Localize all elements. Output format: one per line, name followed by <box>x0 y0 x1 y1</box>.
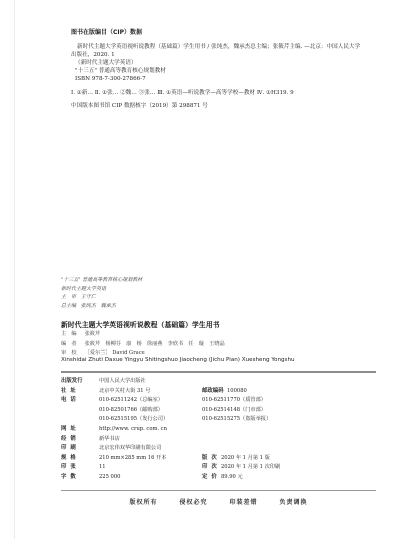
website-value[interactable]: http://www. crup. com. cn <box>99 425 167 435</box>
book-title-pinyin: Xinshidai Zhuti Daxue Yingyu Shitingshuo… <box>61 357 295 363</box>
phone-right-2: 010-62514148（门市部） <box>202 406 266 416</box>
proofreader-name: ［爱尔兰］ David Grace <box>85 350 145 356</box>
series-line-2: 新时代主题大学英语 <box>61 285 381 294</box>
words-label: 字数 <box>61 473 80 483</box>
book-title: 新时代主题大学英语视听说教程（基础篇）学生用书 <box>61 319 220 329</box>
address-row: 社址 北京中关村大街 31 号 邮政编码 100080 <box>61 387 381 397</box>
cip-line-2: 出版社，2020. 1 <box>71 51 386 59</box>
phone-left-2: 010-82501766（邮购部） <box>99 406 163 416</box>
price-label: 定价 <box>202 473 221 483</box>
publication-info: 出版发行 中国人民大学出版社 社址 北京中关村大街 31 号 邮政编码 1000… <box>61 377 381 483</box>
cip-isbn: ISBN 978-7-300-27866-7 <box>71 75 386 83</box>
website-row: 网址 http://www. crup. com. cn <box>61 425 381 435</box>
distributor-label: 经销 <box>61 435 80 445</box>
editor-row: 主 编 张筱芹 <box>61 330 225 340</box>
authors-names: 张筱芹 杨柳芬 康 杨 徐丽燕 李欣书 任 璇 王晓晶 <box>85 341 225 347</box>
format-label: 规格 <box>61 454 80 464</box>
series-info: "十三五" 普通高等教育核心规划教材 新时代主题大学英语 主 审 王守仁 总主编… <box>61 276 381 310</box>
cip-data-block: 图书在版编目（CIP）数据 新时代主题大学英语视听说教程（基础篇）学生用书 / … <box>71 29 386 110</box>
publisher-label: 出版发行 <box>61 377 83 387</box>
notice-1: 版权所有 <box>129 497 157 506</box>
copyright-notice: 版权所有 侵权必究 印装差错 负责调换 <box>61 497 376 506</box>
chief-editors-names: 张纯杰 魏承杰 <box>81 303 116 309</box>
phone-right-3: 010-62515275（盗版举报） <box>202 415 271 425</box>
distributor-row: 经销 新华书店 <box>61 435 381 445</box>
editor-label: 主 编 <box>61 330 83 340</box>
price-value: 89.90 元 <box>221 473 243 483</box>
series-reviewer: 主 审 王守仁 <box>61 293 381 302</box>
publisher-row: 出版发行 中国人民大学出版社 <box>61 377 381 387</box>
phone-left-1: 010-62511242（总编室） <box>99 396 163 406</box>
cip-line-3: （新时代主题大学英语） <box>71 59 386 67</box>
page-edge-line <box>14 0 15 539</box>
notice-4: 负责调换 <box>280 497 308 506</box>
divider-top <box>61 371 376 373</box>
phone-right-1: 010-62511770（质管部） <box>202 396 266 406</box>
postcode-label: 邮政编码 <box>202 387 224 397</box>
cip-line-1: 新时代主题大学英语视听说教程（基础篇）学生用书 / 张纯杰，魏承杰总主编；张筱芹… <box>71 43 386 51</box>
edition-label: 版次 <box>202 454 221 464</box>
printer-label: 印刷 <box>61 444 80 454</box>
divider-bottom <box>61 490 376 491</box>
cip-line-4: "十三五" 普通高等教育核心规划教材 <box>71 67 386 75</box>
chief-editors-label: 总主编 <box>61 303 76 309</box>
printing-value: 2020 年 1 月第 1 次印刷 <box>221 463 280 473</box>
printer-row: 印刷 北京宏伟双华印刷有限公司 <box>61 444 381 454</box>
words-row: 字数 225 000 定价 89.90 元 <box>61 473 381 483</box>
phone-row-1: 电话 010-62511242（总编室） 010-62511770（质管部） <box>61 396 381 406</box>
phone-label: 电话 <box>61 396 80 406</box>
words-value: 225 000 <box>99 473 120 483</box>
sheets-value: 11 <box>99 463 106 473</box>
phone-row-3: 010-62515195（发行公司） 010-62515275（盗版举报） <box>61 415 381 425</box>
book-credits: 主 编 张筱芹 编 者 张筱芹 杨柳芬 康 杨 徐丽燕 李欣书 任 璇 王晓晶 … <box>61 330 225 359</box>
reviewer-name: 王守仁 <box>81 294 96 300</box>
phone-row-2: 010-82501766（邮购部） 010-62514148（门市部） <box>61 406 381 416</box>
authors-row: 编 者 张筱芹 杨柳芬 康 杨 徐丽燕 李欣书 任 璇 王晓晶 <box>61 340 225 350</box>
cip-heading: 图书在版编目（CIP）数据 <box>71 29 386 37</box>
address-label: 社址 <box>61 387 80 397</box>
notice-3: 印装差错 <box>230 497 258 506</box>
editor-name: 张筱芹 <box>85 331 101 337</box>
website-label: 网址 <box>61 425 80 435</box>
printing-label: 印次 <box>202 463 221 473</box>
postcode-value: 100080 <box>227 387 247 397</box>
format-row: 规格 210 mm×285 mm 16 开本 版次 2020 年 1 月第 1 … <box>61 454 381 464</box>
cip-classification: Ⅰ. ①新… Ⅱ. ①张… ②魏… ③张… Ⅲ. ①英语—听说教学—高等学校—教… <box>71 89 386 97</box>
notice-2: 侵权必究 <box>179 497 207 506</box>
cip-number: 中国版本图书馆 CIP 数据核字（2019）第 298871 号 <box>71 102 386 110</box>
address-value: 北京中关村大街 31 号 <box>99 387 150 397</box>
authors-label: 编 者 <box>61 340 83 350</box>
printer-value: 北京宏伟双华印刷有限公司 <box>99 444 161 454</box>
series-chief-editors: 总主编 张纯杰 魏承杰 <box>61 302 381 311</box>
edition-value: 2020 年 1 月第 1 版 <box>221 454 270 464</box>
distributor-value: 新华书店 <box>99 435 120 445</box>
reviewer-label: 主 审 <box>61 294 76 300</box>
phone-left-3: 010-62515195（发行公司） <box>99 415 168 425</box>
series-line-1: "十三五" 普通高等教育核心规划教材 <box>61 276 381 285</box>
publisher-value: 中国人民大学出版社 <box>99 377 146 387</box>
sheets-row: 印张 11 印次 2020 年 1 月第 1 次印刷 <box>61 463 381 473</box>
format-value: 210 mm×285 mm 16 开本 <box>99 454 166 464</box>
sheets-label: 印张 <box>61 463 80 473</box>
